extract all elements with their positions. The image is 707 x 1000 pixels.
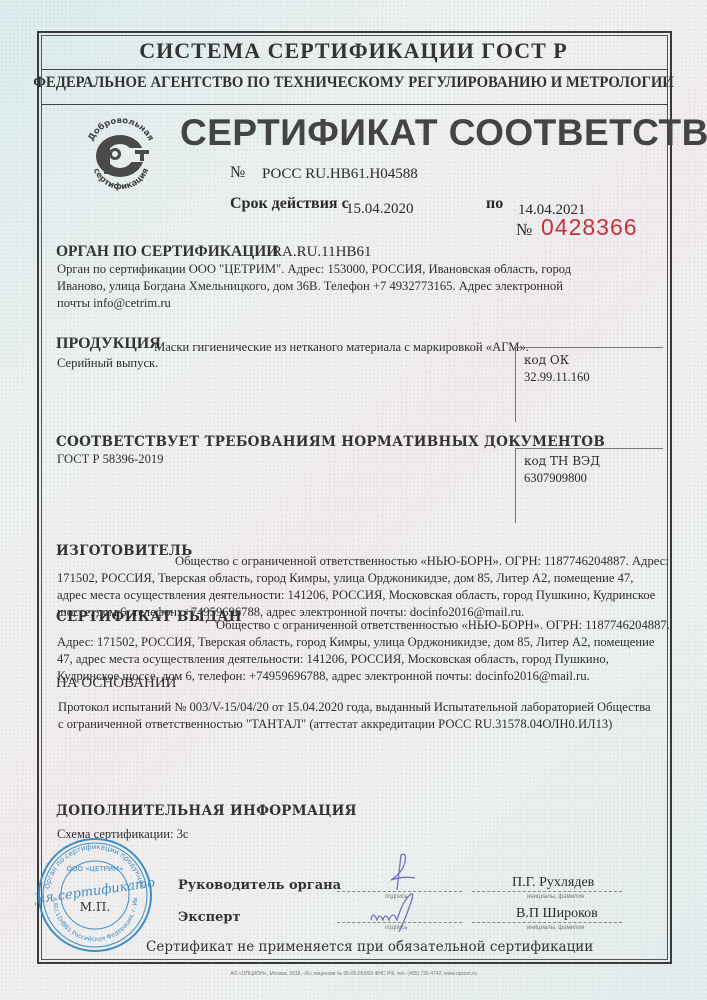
- voluntary-only-note: Сертификат не применяется при обязательн…: [146, 939, 593, 955]
- basis-text: Протокол испытаний № 003/V-15/04/20 от 1…: [58, 699, 658, 733]
- expert-name-line: [472, 922, 622, 923]
- basis-heading: НА ОСНОВАНИИ: [56, 675, 177, 692]
- issued-to-heading: СЕРТИФИКАТ ВЫДАН: [56, 609, 242, 625]
- okpd-code-label: код ОК: [524, 352, 663, 369]
- expert-label: Эксперт: [178, 910, 241, 925]
- header-divider-1: [41, 69, 668, 70]
- okpd-code-value: 32.99.11.160: [524, 369, 663, 386]
- tnved-code-box: код ТН ВЭД 6307909800: [515, 448, 663, 523]
- additional-info-heading: ДОПОЛНИТЕЛЬНАЯ ИНФОРМАЦИЯ: [56, 803, 357, 819]
- validity-label: Срок действия с: [230, 195, 349, 213]
- printer-imprint: АО «ОПЦИОН», Москва, 2018, «Б» лицензия …: [0, 971, 707, 977]
- certification-body-heading: ОРГАН ПО СЕРТИФИКАЦИИ: [56, 243, 278, 261]
- svg-text:М.П.: М.П.: [80, 900, 110, 914]
- certification-system-title: СИСТЕМА СЕРТИФИКАЦИИ ГОСТ Р: [0, 38, 707, 64]
- rst-voluntary-certification-logo-icon: Добровольная сертификация: [80, 112, 162, 194]
- expert-signature-caption: подпись: [385, 925, 408, 931]
- head-of-body-label: Руководитель органа: [178, 878, 341, 893]
- agency-name: ФЕДЕРАЛЬНОЕ АГЕНТСТВО ПО ТЕХНИЧЕСКОМУ РЕ…: [18, 74, 690, 92]
- certification-body-code: RA.RU.11НВ61: [272, 244, 371, 261]
- product-name: Маски гигиенические из нетканого материа…: [154, 339, 529, 356]
- certificate-number-label: №: [230, 164, 245, 182]
- certification-body-details: Орган по сертификации ООО "ЦЕТРИМ". Адре…: [57, 261, 597, 312]
- blank-number-label: №: [516, 220, 532, 240]
- head-signature-icon: [375, 850, 425, 895]
- valid-from-date: 15.04.2020: [346, 201, 414, 218]
- issued-to-name: Общество с ограниченной ответственностью…: [216, 617, 670, 634]
- header-divider-2: [41, 104, 668, 105]
- valid-to-label: по: [486, 195, 503, 213]
- product-series: Серийный выпуск.: [57, 355, 158, 372]
- head-name: П.Г. Рухлядев: [512, 875, 594, 891]
- expert-name-caption: инициалы, фамилия: [527, 925, 584, 931]
- certification-body-stamp-icon: Орган по сертификации продукции РАЛ RA.R…: [35, 835, 155, 955]
- product-heading: ПРОДУКЦИЯ: [56, 335, 161, 353]
- okpd-code-box: код ОК 32.99.11.160: [515, 347, 663, 422]
- manufacturer-name: Общество с ограниченной ответственностью…: [175, 553, 669, 570]
- svg-text:ООО «ЦЕТРИМ»: ООО «ЦЕТРИМ»: [67, 865, 124, 873]
- expert-name: В.П Широков: [516, 906, 598, 922]
- tnved-code-label: код ТН ВЭД: [524, 453, 663, 470]
- head-name-line: [472, 891, 622, 892]
- compliance-standard: ГОСТ Р 58396-2019: [57, 451, 163, 468]
- blank-serial-number: 0428366: [541, 214, 638, 241]
- manufacturer-heading: ИЗГОТОВИТЕЛЬ: [56, 543, 193, 559]
- certificate-number: РОСС RU.НВ61.Н04588: [262, 166, 418, 183]
- certificate-title: СЕРТИФИКАТ СООТВЕТСТВИЯ: [180, 112, 707, 154]
- head-name-caption: инициалы, фамилия: [527, 894, 584, 900]
- tnved-code-value: 6307909800: [524, 470, 663, 487]
